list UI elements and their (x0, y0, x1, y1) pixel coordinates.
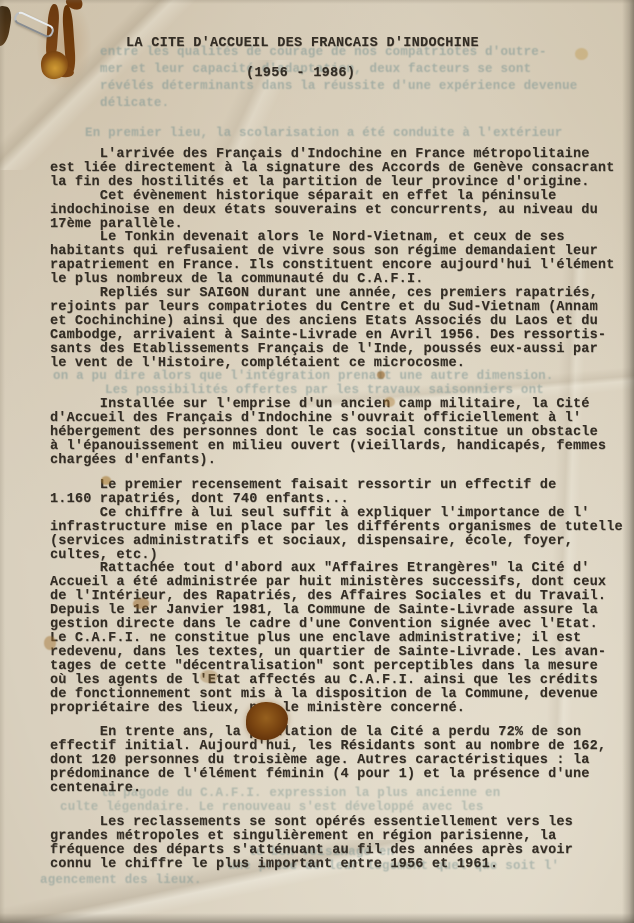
rust-stain-right-stroke (62, 5, 77, 74)
paragraph-installation: Installée sur l'emprise d'un ancien camp… (50, 398, 606, 468)
rust-stain-halo (36, 0, 92, 92)
corner-ink-mark (0, 5, 13, 48)
paragraph-reclassements: Les reclassements se sont opérés essenti… (50, 816, 573, 872)
scan-edge-shadow (0, 0, 634, 4)
document-subtitle: (1956 - 1986) (246, 67, 355, 81)
scan-edge-shadow (0, 913, 634, 923)
scan-edge-shadow (0, 0, 5, 923)
scan-edge-shadow (622, 0, 634, 923)
bleedthrough-text: Les possibilités offertes par les travau… (105, 383, 544, 397)
bleedthrough-text: culte légendaire. Le renouveau s'est dév… (60, 800, 484, 814)
document-title: LA CITE D'ACCUEIL DES FRANCAIS D'INDOCHI… (126, 37, 479, 51)
paragraph-arrival: L'arrivée des Français d'Indochine en Fr… (50, 148, 615, 371)
paragraph-population: En trente ans, la population de la Cité … (50, 726, 606, 796)
bleedthrough-text: on a pu dire alors que l'intégration pre… (53, 369, 554, 383)
scanned-document-page: entre les qualités de courage de nos com… (0, 0, 634, 923)
rust-stain-left-stroke (45, 4, 60, 63)
paperclip (12, 10, 56, 40)
paragraph-administration: Le premier recensement faisait ressortir… (50, 479, 623, 715)
rust-stain-hook (64, 0, 85, 12)
bleedthrough-text: agencement des lieux. (40, 873, 202, 887)
rust-stain-blob (39, 49, 70, 80)
rust-stain-bridge (50, 63, 75, 79)
bleedthrough-text: En premier lieu, la scolarisation a été … (85, 126, 562, 140)
